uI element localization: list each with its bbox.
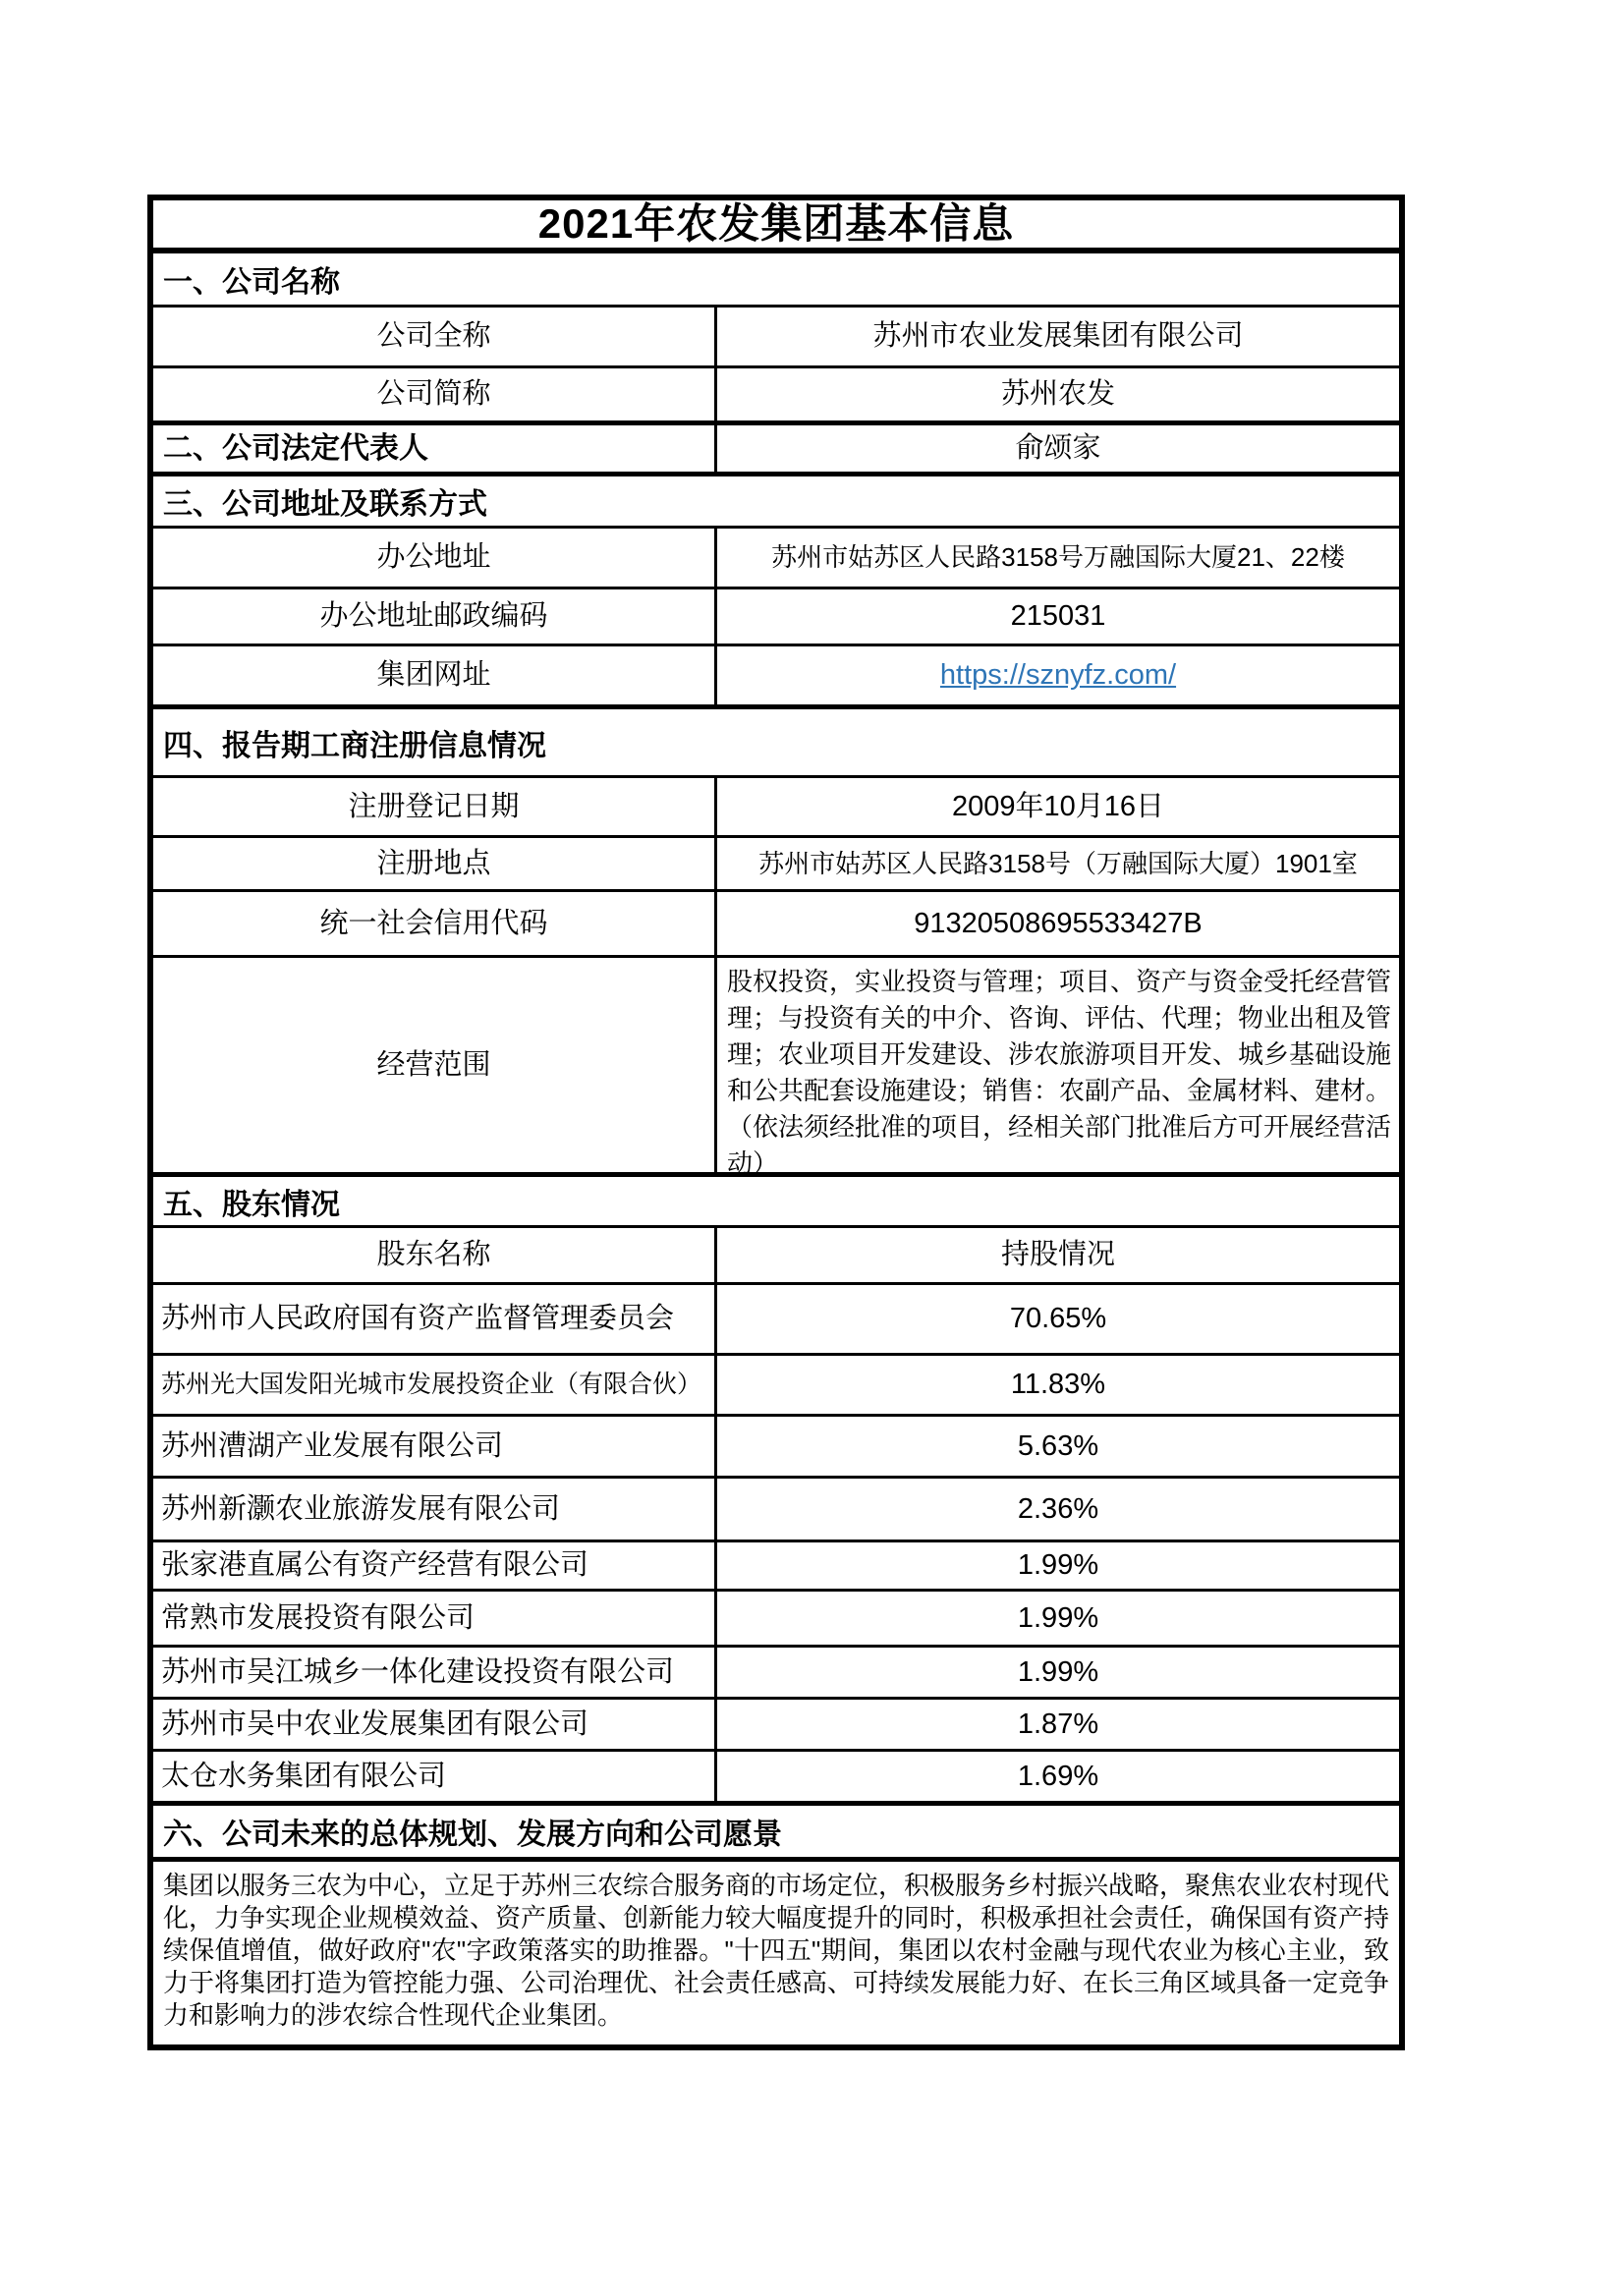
shareholder-row: 太仓水务集团有限公司 1.69% [153, 1752, 1399, 1806]
shareholding-value: 11.83% [717, 1356, 1399, 1414]
shareholder-row: 苏州光大国发阳光城市发展投资企业（有限合伙） 11.83% [153, 1356, 1399, 1417]
table-row: 办公地址 苏州市姑苏区人民路3158号万融国际大厦21、22楼 [153, 529, 1399, 589]
section-heading-contact: 三、公司地址及联系方式 [153, 476, 1399, 529]
registration-place-label: 注册地点 [153, 838, 717, 889]
shareholding-value: 70.65% [717, 1285, 1399, 1353]
table-row: 统一社会信用代码 91320508695533427B [153, 892, 1399, 958]
shareholder-name: 苏州漕湖产业发展有限公司 [153, 1417, 717, 1476]
section-heading-shareholders: 五、股东情况 [153, 1177, 1399, 1228]
section-heading-company-name: 一、公司名称 [153, 253, 1399, 308]
shareholder-name: 苏州市人民政府国有资产监督管理委员会 [153, 1285, 717, 1353]
credit-code-value: 91320508695533427B [717, 892, 1399, 955]
shareholder-row: 苏州市吴中农业发展集团有限公司 1.87% [153, 1700, 1399, 1752]
credit-code-label: 统一社会信用代码 [153, 892, 717, 955]
table-row: 经营范围 股权投资，实业投资与管理；项目、资产与资金受托经营管理；与投资有关的中… [153, 958, 1399, 1177]
section-heading-vision: 六、公司未来的总体规划、发展方向和公司愿景 [153, 1806, 1399, 1862]
shareholder-row: 苏州市人民政府国有资产监督管理委员会 70.65% [153, 1285, 1399, 1356]
table-row: 注册登记日期 2009年10月16日 [153, 778, 1399, 838]
shareholder-row: 常熟市发展投资有限公司 1.99% [153, 1592, 1399, 1648]
company-full-name-value: 苏州市农业发展集团有限公司 [717, 308, 1399, 365]
table-row: 二、公司法定代表人 俞颂家 [153, 425, 1399, 476]
vision-paragraph: 集团以服务三农为中心，立足于苏州三农综合服务商的市场定位，积极服务乡村振兴战略，… [153, 1862, 1399, 2044]
table-row: 办公地址邮政编码 215031 [153, 589, 1399, 646]
section-heading-legal-representative: 二、公司法定代表人 [153, 425, 717, 472]
shareholding-value: 1.87% [717, 1700, 1399, 1749]
business-scope-label: 经营范围 [153, 958, 717, 1172]
registration-place-value: 苏州市姑苏区人民路3158号（万融国际大厦）1901室 [717, 838, 1399, 889]
website-link[interactable]: https://sznyfz.com/ [940, 657, 1176, 693]
shareholder-row: 苏州新灏农业旅游发展有限公司 2.36% [153, 1479, 1399, 1542]
shareholder-row: 苏州漕湖产业发展有限公司 5.63% [153, 1417, 1399, 1479]
shareholding-value: 1.69% [717, 1752, 1399, 1801]
shareholding-value: 1.99% [717, 1542, 1399, 1589]
shareholder-name: 苏州光大国发阳光城市发展投资企业（有限合伙） [153, 1356, 717, 1414]
shareholding-value: 1.99% [717, 1592, 1399, 1645]
page-title: 2021年农发集团基本信息 [538, 203, 1014, 245]
table-row: 注册地点 苏州市姑苏区人民路3158号（万融国际大厦）1901室 [153, 838, 1399, 892]
office-address-value: 苏州市姑苏区人民路3158号万融国际大厦21、22楼 [717, 529, 1399, 587]
shareholder-row: 苏州市吴江城乡一体化建设投资有限公司 1.99% [153, 1648, 1399, 1700]
shareholder-row: 张家港直属公有资产经营有限公司 1.99% [153, 1542, 1399, 1592]
shareholder-name: 苏州新灏农业旅游发展有限公司 [153, 1479, 717, 1540]
legal-representative-value: 俞颂家 [717, 425, 1399, 472]
registration-date-label: 注册登记日期 [153, 778, 717, 835]
website-value-cell: https://sznyfz.com/ [717, 646, 1399, 704]
shareholding-column-header: 持股情况 [717, 1228, 1399, 1282]
website-label: 集团网址 [153, 646, 717, 704]
company-short-name-value: 苏州农发 [717, 368, 1399, 420]
company-full-name-label: 公司全称 [153, 308, 717, 365]
shareholder-name: 苏州市吴中农业发展集团有限公司 [153, 1700, 717, 1749]
shareholder-name: 张家港直属公有资产经营有限公司 [153, 1542, 717, 1589]
shareholder-name-column-header: 股东名称 [153, 1228, 717, 1282]
section-heading-registration: 四、报告期工商注册信息情况 [153, 709, 1399, 778]
shareholder-table-header: 股东名称 持股情况 [153, 1228, 1399, 1285]
company-short-name-label: 公司简称 [153, 368, 717, 420]
registration-date-value: 2009年10月16日 [717, 778, 1399, 835]
company-info-table: 2021年农发集团基本信息 一、公司名称 公司全称 苏州市农业发展集团有限公司 … [147, 195, 1405, 2050]
table-title-row: 2021年农发集团基本信息 [153, 200, 1399, 253]
postal-code-value: 215031 [717, 589, 1399, 644]
shareholding-value: 1.99% [717, 1648, 1399, 1697]
postal-code-label: 办公地址邮政编码 [153, 589, 717, 644]
shareholder-name: 太仓水务集团有限公司 [153, 1752, 717, 1801]
table-row: 公司全称 苏州市农业发展集团有限公司 [153, 308, 1399, 368]
table-row: 公司简称 苏州农发 [153, 368, 1399, 425]
shareholder-name: 苏州市吴江城乡一体化建设投资有限公司 [153, 1648, 717, 1697]
business-scope-value: 股权投资，实业投资与管理；项目、资产与资金受托经营管理；与投资有关的中介、咨询、… [717, 958, 1399, 1172]
table-row: 集团网址 https://sznyfz.com/ [153, 646, 1399, 709]
shareholding-value: 5.63% [717, 1417, 1399, 1476]
office-address-label: 办公地址 [153, 529, 717, 587]
shareholder-name: 常熟市发展投资有限公司 [153, 1592, 717, 1645]
shareholding-value: 2.36% [717, 1479, 1399, 1540]
